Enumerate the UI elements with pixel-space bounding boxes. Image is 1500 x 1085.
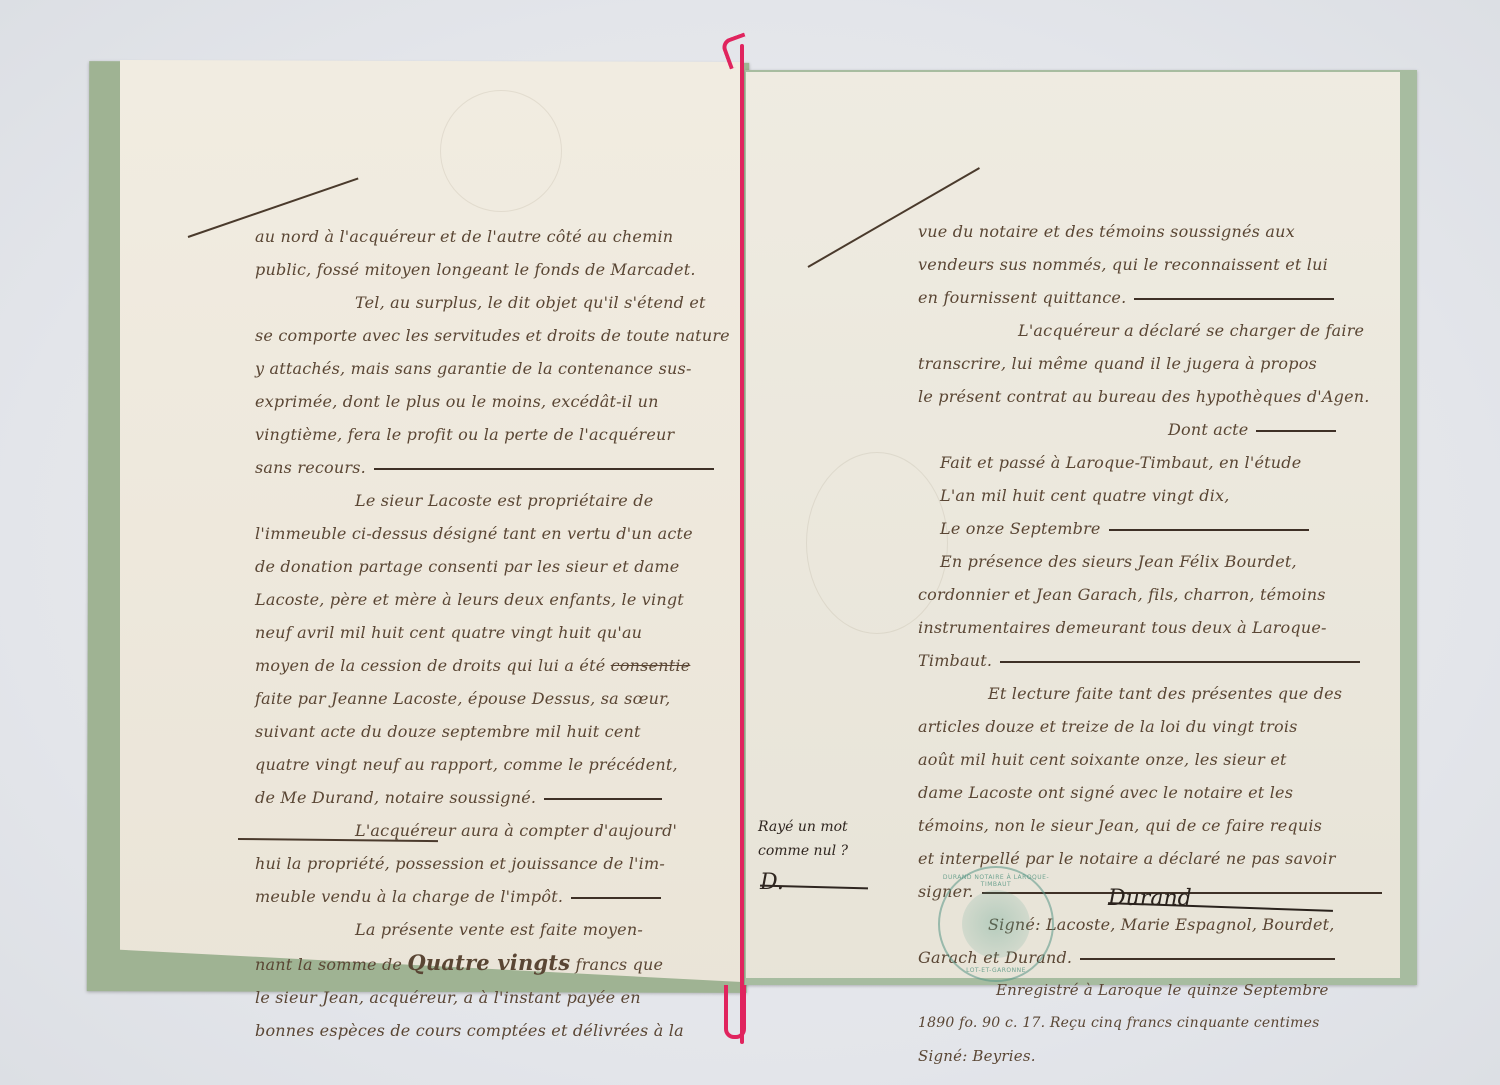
- stamp-emblem-icon: [962, 890, 1030, 958]
- text-line: de donation partage consenti par les sie…: [255, 550, 735, 583]
- text-line: le présent contrat au bureau des hypothè…: [918, 380, 1388, 413]
- text-line: suivant acte du douze septembre mil huit…: [255, 715, 735, 748]
- thread-loop-bottom: [724, 985, 746, 1039]
- text-line: cordonnier et Jean Garach, fils, charron…: [918, 578, 1388, 611]
- text-line-with-rule: meuble vendu à la charge de l'impôt.: [255, 880, 735, 913]
- text-line: En présence des sieurs Jean Félix Bourde…: [918, 545, 1388, 578]
- text-line: L'acquéreur a déclaré se charger de fair…: [918, 314, 1388, 347]
- text-fragment: de Me Durand, notaire soussigné.: [255, 788, 536, 807]
- struck-word: consentie: [611, 656, 691, 675]
- filler-rule: [1256, 430, 1336, 432]
- filler-rule: [1134, 298, 1334, 300]
- text-line-with-rule: sans recours.: [255, 451, 735, 484]
- text-fragment: francs que: [576, 955, 664, 974]
- text-line-with-rule: Timbaut.: [918, 644, 1388, 677]
- text-line: instrumentaires demeurant tous deux à La…: [918, 611, 1388, 644]
- text-fragment: meuble vendu à la charge de l'impôt.: [255, 887, 563, 906]
- text-line: vue du notaire et des témoins soussignés…: [918, 215, 1388, 248]
- text-line: articles douze et treize de la loi du vi…: [918, 710, 1388, 743]
- text-fragment: Le onze Septembre: [940, 519, 1101, 538]
- filler-rule: [1080, 958, 1335, 960]
- embossed-seal: [440, 90, 562, 212]
- text-line-with-rule: Dont acte: [918, 413, 1388, 446]
- text-fragment: en fournissent quittance.: [918, 288, 1126, 307]
- notary-signature: Durand: [1108, 886, 1192, 911]
- text-line: y attachés, mais sans garantie de la con…: [255, 352, 735, 385]
- text-line: hui la propriété, possession et jouissan…: [255, 847, 735, 880]
- margin-note-line: comme nul ?: [758, 839, 848, 863]
- text-line: L'acquéreur aura à compter d'aujourd': [255, 814, 735, 847]
- text-line: Et lecture faite tant des présentes que …: [918, 677, 1388, 710]
- margin-note: Rayé un mot comme nul ?: [758, 815, 848, 863]
- filler-rule: [1109, 529, 1309, 531]
- text-line: quatre vingt neuf au rapport, comme le p…: [255, 748, 735, 781]
- text-line-with-strike: moyen de la cession de droits qui lui a …: [255, 649, 735, 682]
- text-line-with-amount: nant la somme de Quatre vingts francs qu…: [255, 946, 735, 981]
- text-line: Lacoste, père et mère à leurs deux enfan…: [255, 583, 735, 616]
- amount-in-words: Quatre vingts: [407, 950, 570, 975]
- text-line: vingtième, fera le profit ou la perte de…: [255, 418, 735, 451]
- text-fragment: Timbaut.: [918, 651, 992, 670]
- text-line: témoins, non le sieur Jean, qui de ce fa…: [918, 809, 1388, 842]
- text-line-with-rule: Le onze Septembre: [918, 512, 1388, 545]
- notary-stamp: DURAND NOTAIRE À LAROQUE-TIMBAUT LOT-ET-…: [938, 866, 1054, 982]
- margin-note-line: Rayé un mot: [758, 815, 848, 839]
- filler-rule: [1000, 661, 1360, 663]
- text-line: vendeurs sus nommés, qui le reconnaissen…: [918, 248, 1388, 281]
- filler-rule: [544, 798, 662, 800]
- registration-line: 1890 fo. 90 c. 17. Reçu cinq francs cinq…: [918, 1007, 1388, 1040]
- left-page-text: au nord à l'acquéreur et de l'autre côté…: [255, 220, 735, 1047]
- text-line-with-rule: de Me Durand, notaire soussigné.: [255, 781, 735, 814]
- text-line: public, fossé mitoyen longeant le fonds …: [255, 253, 735, 286]
- text-line: Fait et passé à Laroque-Timbaut, en l'ét…: [918, 446, 1388, 479]
- text-line: août mil huit cent soixante onze, les si…: [918, 743, 1388, 776]
- text-fragment: sans recours.: [255, 458, 366, 477]
- registration-line: Signé: Beyries.: [918, 1040, 1388, 1073]
- stamp-top-text: DURAND NOTAIRE À LAROQUE-TIMBAUT: [940, 874, 1052, 888]
- text-fragment: Dont acte: [1168, 420, 1248, 439]
- text-line: se comporte avec les servitudes et droit…: [255, 319, 735, 352]
- text-fragment: moyen de la cession de droits qui lui a …: [255, 656, 605, 675]
- text-fragment: nant la somme de: [255, 955, 402, 974]
- text-line: La présente vente est faite moyen-: [255, 913, 735, 946]
- text-line: Le sieur Lacoste est propriétaire de: [255, 484, 735, 517]
- text-line: transcrire, lui même quand il le jugera …: [918, 347, 1388, 380]
- text-line: l'immeuble ci-dessus désigné tant en ver…: [255, 517, 735, 550]
- text-line: faite par Jeanne Lacoste, épouse Dessus,…: [255, 682, 735, 715]
- text-line: Tel, au surplus, le dit objet qu'il s'ét…: [255, 286, 735, 319]
- text-line: dame Lacoste ont signé avec le notaire e…: [918, 776, 1388, 809]
- text-line: L'an mil huit cent quatre vingt dix,: [918, 479, 1388, 512]
- binding-thread: [740, 44, 744, 1044]
- text-line: neuf avril mil huit cent quatre vingt hu…: [255, 616, 735, 649]
- text-line: au nord à l'acquéreur et de l'autre côté…: [255, 220, 735, 253]
- text-line-with-rule: en fournissent quittance.: [918, 281, 1388, 314]
- text-line: exprimée, dont le plus ou le moins, excé…: [255, 385, 735, 418]
- text-line: le sieur Jean, acquéreur, a à l'instant …: [255, 981, 735, 1014]
- filler-rule: [571, 897, 661, 899]
- stamp-bottom-text: LOT-ET-GARONNE: [940, 967, 1052, 974]
- paraph-initial: D.: [760, 870, 784, 895]
- filler-rule: [374, 468, 714, 470]
- text-line: bonnes espèces de cours comptées et déli…: [255, 1014, 735, 1047]
